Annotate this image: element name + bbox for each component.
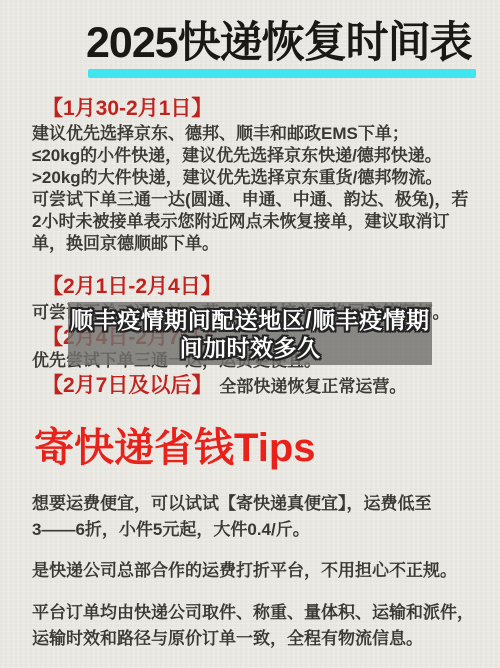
section-4-text: 全部快递恢复正常运营。 — [219, 377, 406, 396]
body-line: 平台订单均由快递公司取件、称重、量体积、运输和派件， — [32, 600, 482, 626]
body-line: 2小时未被接单表示您附近网点未恢复接单，建议取消订 — [32, 211, 482, 233]
body-line: 想要运费便宜，可以试试【寄快递真便宜】，运费低至 — [32, 491, 482, 517]
section-1-date-heading: 【1月30-2月1日】 — [42, 97, 212, 121]
body-line: >20kg的大件快递，建议优先选择京东重货/德邦物流。 — [32, 167, 482, 189]
subtitle-overlay: 顺丰疫情期间配送地区/顺丰疫情期 间加时效多久 — [68, 302, 432, 365]
body-line: ≤20kg的小件快递，建议优先选择京东快递/德邦快递。 — [32, 145, 482, 167]
section-2-date-heading: 【2月1日-2月4日】 — [42, 275, 222, 299]
subtitle-overlay-line: 顺丰疫情期间配送地区/顺丰疫情期 — [70, 306, 429, 334]
section-4-row: 【2月7日及以后】全部快递恢复正常运营。 — [42, 372, 406, 398]
tips-paragraph-1: 想要运费便宜，可以试试【寄快递真便宜】，运费低至 3——6折，小件5元起，大件0… — [32, 491, 482, 543]
body-line: 可尝试下单三通一达(圆通、申通、中通、韵达、极兔)，若 — [32, 189, 482, 211]
section-1-body: 建议优先选择京东、德邦、顺丰和邮政EMS下单； ≤20kg的小件快递，建议优先选… — [32, 123, 482, 255]
title-underline-bar — [88, 69, 476, 78]
body-line: 是快递公司总部合作的运费打折平台，不用担心不正规。 — [32, 558, 482, 584]
page-title: 2025快递恢复时间表 — [86, 18, 472, 68]
subtitle-overlay-line: 间加时效多久 — [180, 334, 321, 362]
tips-paragraph-3: 平台订单均由快递公司取件、称重、量体积、运输和派件， 运输时效和路径与原价订单一… — [32, 600, 482, 652]
section-4-date-heading: 【2月7日及以后】 — [42, 374, 212, 397]
tips-title: 寄快递省钱Tips — [34, 424, 316, 472]
body-line: 3——6折，小件5元起，大件0.4/斤。 — [32, 517, 482, 543]
body-line: 运输时效和路径与原价订单一致，全程有物流信息。 — [32, 626, 482, 652]
body-line: 建议优先选择京东、德邦、顺丰和邮政EMS下单； — [32, 123, 482, 145]
tips-paragraph-2: 是快递公司总部合作的运费打折平台，不用担心不正规。 — [32, 558, 482, 584]
body-line: 单，换回京德顺邮下单。 — [32, 233, 482, 255]
poster-canvas: 2025快递恢复时间表 【1月30-2月1日】 建议优先选择京东、德邦、顺丰和邮… — [0, 0, 500, 668]
